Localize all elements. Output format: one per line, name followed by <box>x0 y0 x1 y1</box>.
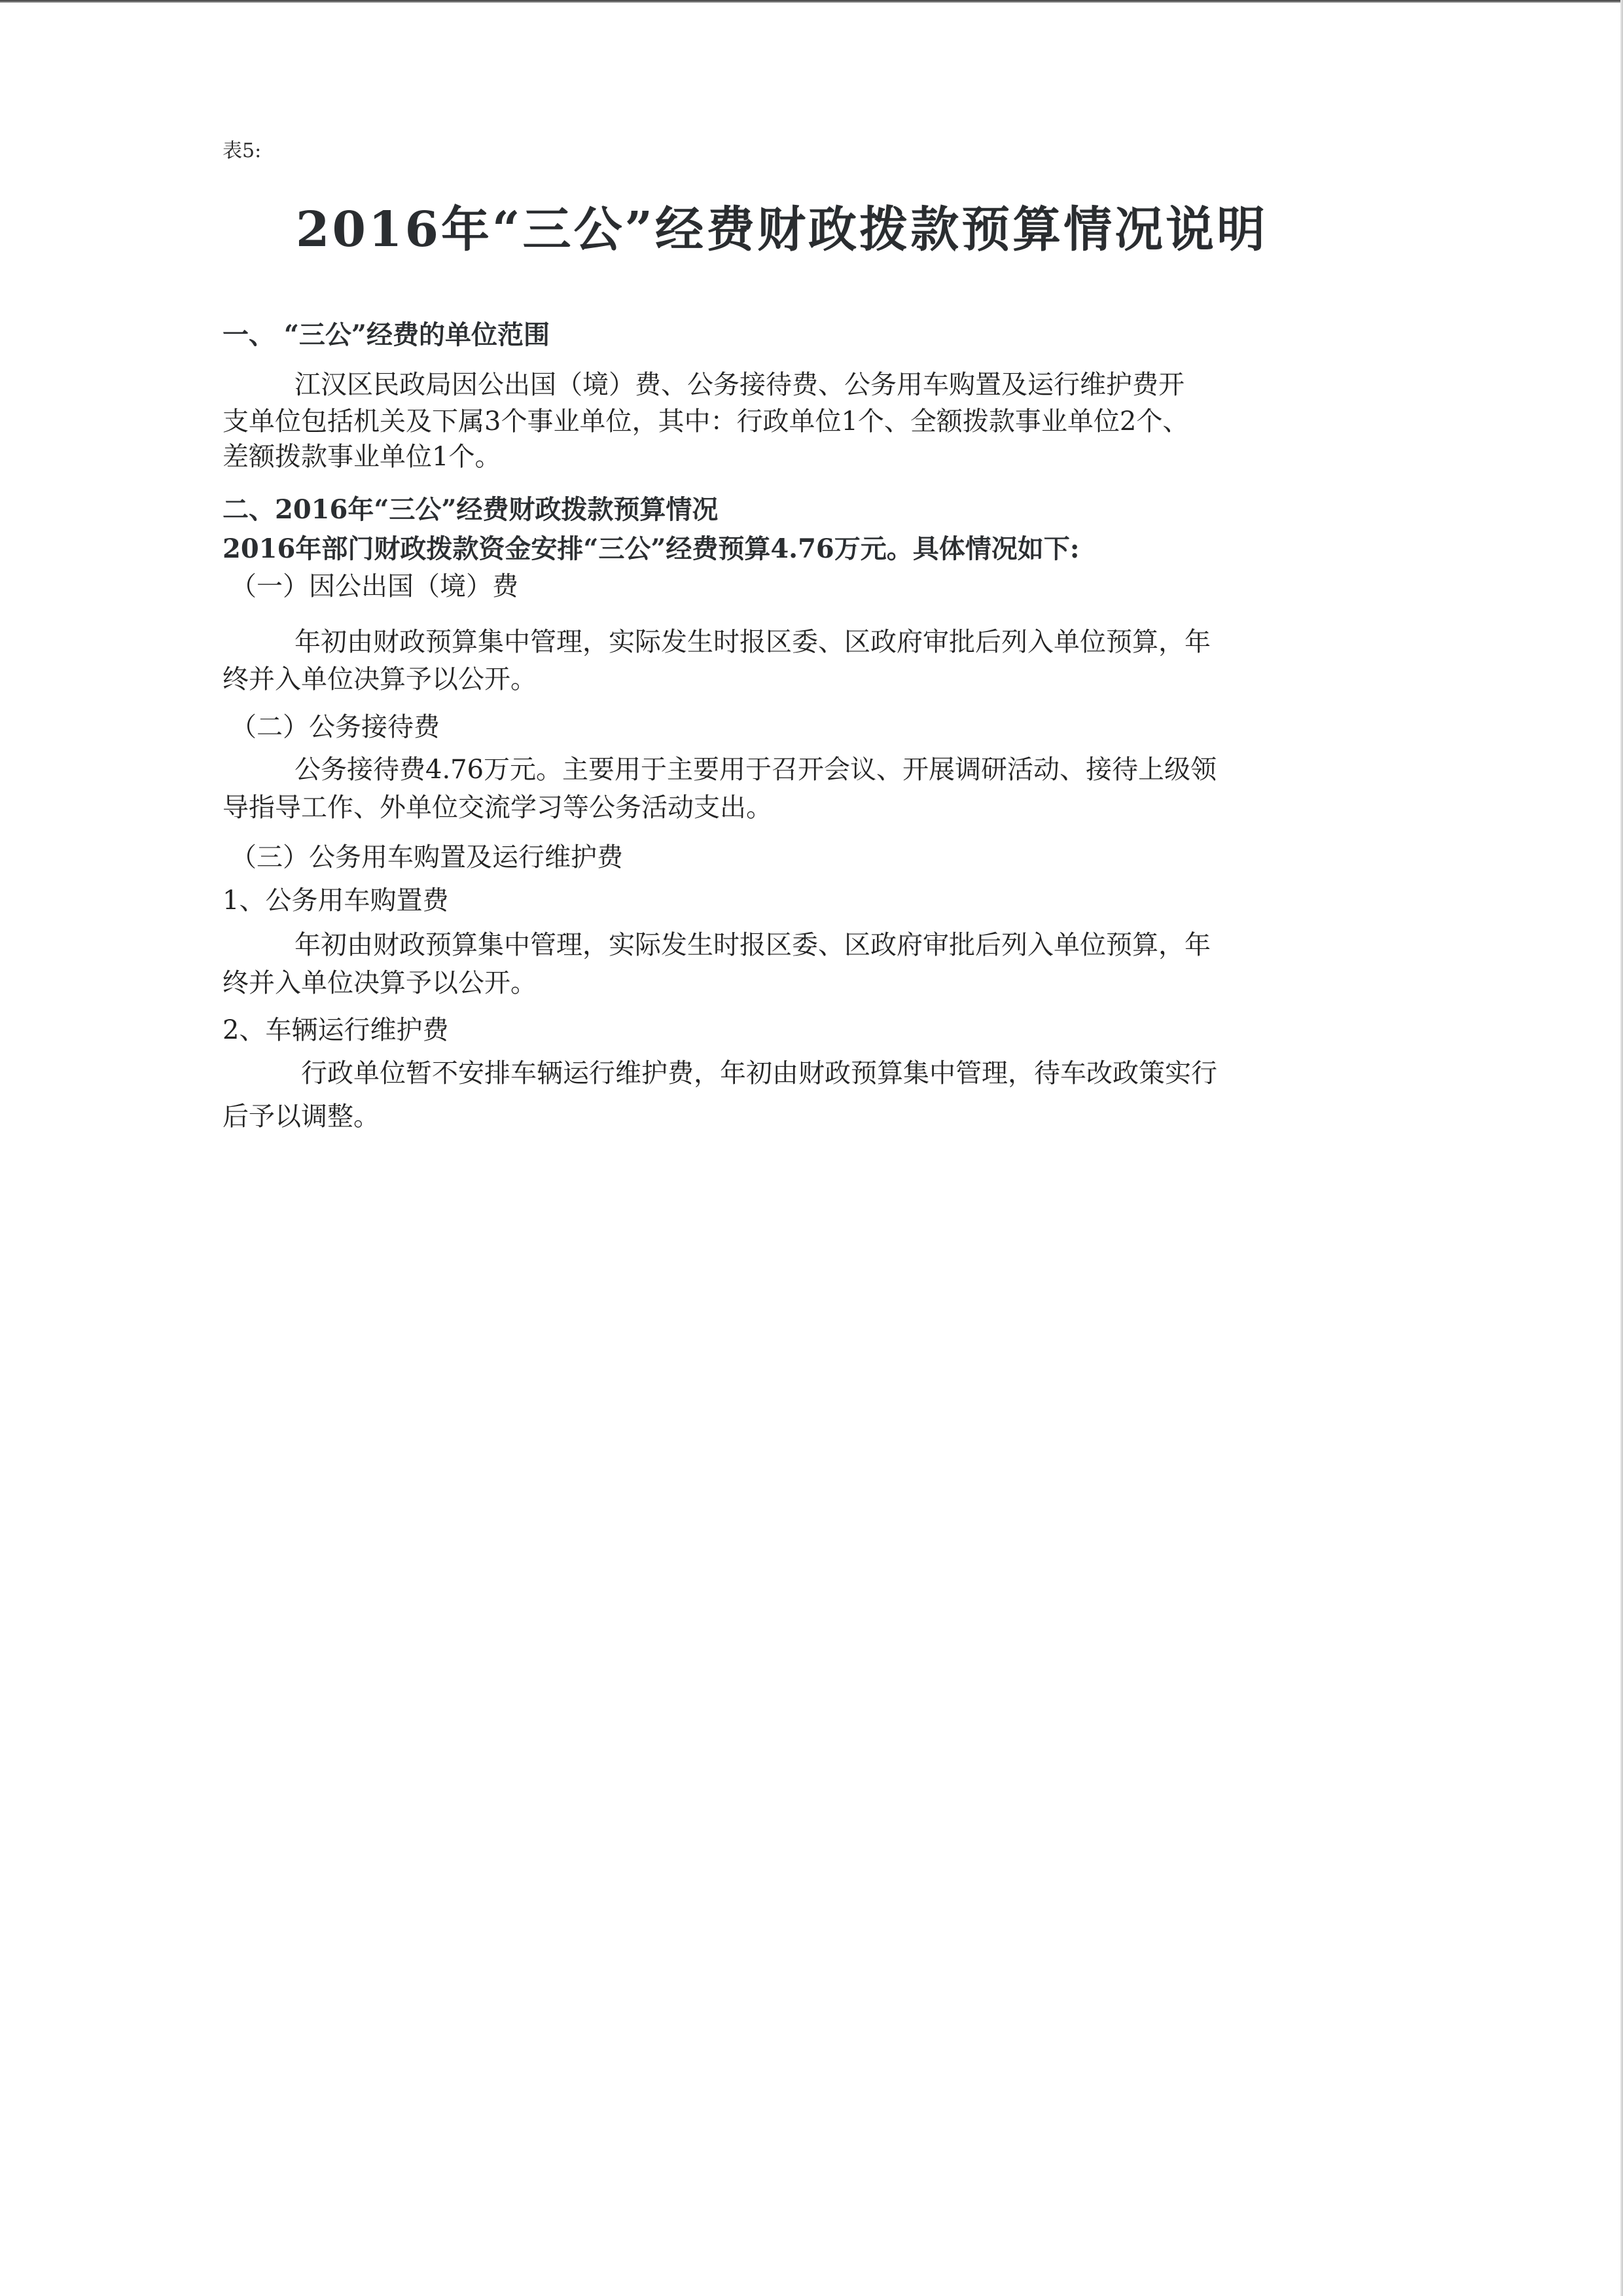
item-2-line-1: 行政单位暂不安排车辆运行维护费，年初由财政预算集中管理，待车改政策实行 <box>301 1056 1217 1090</box>
item-1-heading: 1、公务用车购置费 <box>223 884 448 918</box>
subsection-2-heading: （二）公务接待费 <box>230 710 440 744</box>
section-2-heading: 二、2016年“三公”经费财政拨款预算情况 <box>223 493 718 527</box>
section-2-summary: 2016年部门财政拨款资金安排“三公”经费预算4.76万元。具体情况如下: <box>223 532 1080 566</box>
subsection-1-line-2: 终并入单位决算予以公开。 <box>223 662 537 696</box>
section-1-heading: 一、 “三公”经费的单位范围 <box>223 318 550 352</box>
subsection-1-line-1: 年初由财政预算集中管理，实际发生时报区委、区政府审批后列入单位预算，年 <box>294 625 1211 659</box>
item-2-line-2: 后予以调整。 <box>223 1100 380 1134</box>
scan-top-edge <box>0 0 1623 3</box>
scan-right-edge <box>1620 0 1623 2296</box>
item-1-line-2: 终并入单位决算予以公开。 <box>223 966 537 1000</box>
section-1-paragraph-line-1: 江汉区民政局因公出国（境）费、公务接待费、公务用车购置及运行维护费开 <box>294 368 1185 402</box>
table-label: 表5: <box>223 134 261 163</box>
document-title: 2016年“三公”经费财政拨款预算情况说明 <box>296 191 1268 260</box>
item-1-line-1: 年初由财政预算集中管理，实际发生时报区委、区政府审批后列入单位预算，年 <box>294 928 1211 962</box>
subsection-2-line-2: 导指导工作、外单位交流学习等公务活动支出。 <box>223 791 772 825</box>
subsection-3-heading: （三）公务用车购置及运行维护费 <box>230 840 623 874</box>
subsection-2-line-1: 公务接待费4.76万元。主要用于主要用于召开会议、开展调研活动、接待上级领 <box>294 753 1217 787</box>
section-1-paragraph-line-2: 支单位包括机关及下属3个事业单位，其中：行政单位1个、全额拨款事业单位2个、 <box>223 404 1188 439</box>
item-2-heading: 2、车辆运行维护费 <box>223 1013 448 1047</box>
subsection-1-heading: （一）因公出国（境）费 <box>230 569 518 603</box>
section-1-paragraph-line-3: 差额拨款事业单位1个。 <box>223 440 501 474</box>
